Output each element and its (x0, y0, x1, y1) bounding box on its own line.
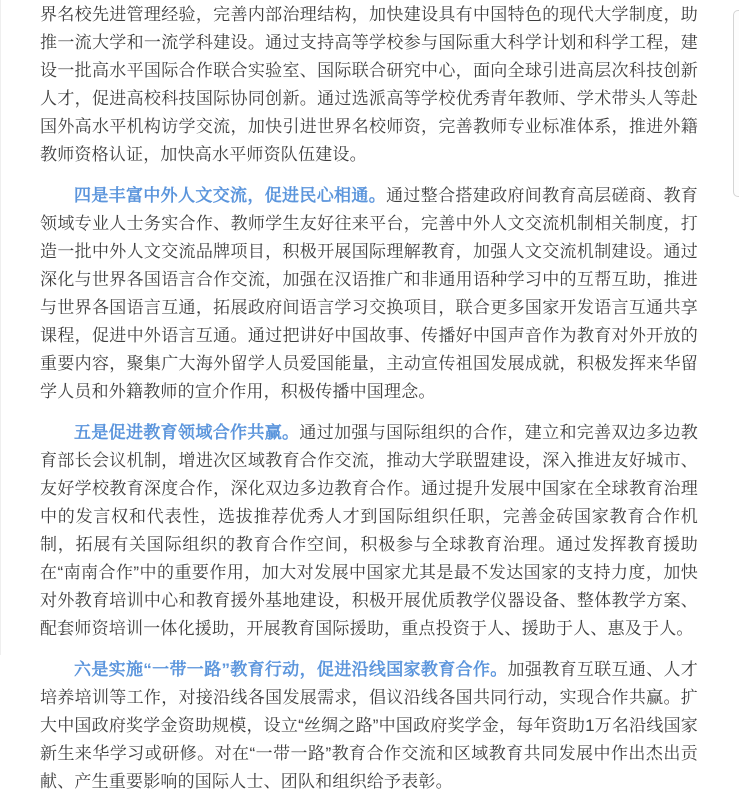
paragraph-lead: 六是实施“一带一路”教育行动，促进沿线国家教育合作。 (74, 660, 508, 679)
paragraph-point-four: 四是丰富中外人文交流，促进民心相通。通过整合搭建政府间教育高层磋商、教育领域专业… (40, 182, 698, 406)
paragraph-point-five: 五是促进教育领域合作共赢。通过加强与国际组织的合作，建立和完善双边多边教育部长会… (40, 419, 698, 643)
paragraph-text: 通过加强与国际组织的合作，建立和完善双边多边教育部长会议机制，增进次区域教育合作… (40, 423, 698, 638)
paragraph-lead: 五是促进教育领域合作共赢。 (74, 423, 299, 442)
paragraph-text: 界名校先进管理经验，完善内部治理结构，加快建设具有中国特色的现代大学制度，助推一… (40, 5, 698, 164)
paragraph-text: 加强教育互联互通、人才培养培训等工作，对接沿线各国发展需求，倡议沿线各国共同行动… (40, 660, 698, 791)
paragraph-point-six: 六是实施“一带一路”教育行动，促进沿线国家教育合作。加强教育互联互通、人才培养培… (40, 656, 698, 796)
left-edge-divider (0, 0, 1, 655)
paragraph-text: 通过整合搭建政府间教育高层磋商、教育领域专业人士务实合作、教师学生友好往来平台，… (40, 186, 698, 401)
paragraph-lead: 四是丰富中外人文交流，促进民心相通。 (74, 186, 386, 205)
scrollbar-thumb[interactable] (733, 10, 739, 197)
article-body: 界名校先进管理经验，完善内部治理结构，加快建设具有中国特色的现代大学制度，助推一… (40, 1, 698, 803)
paragraph-continuation: 界名校先进管理经验，完善内部治理结构，加快建设具有中国特色的现代大学制度，助推一… (40, 1, 698, 169)
document-page: 界名校先进管理经验，完善内部治理结构，加快建设具有中国特色的现代大学制度，助推一… (0, 0, 739, 803)
